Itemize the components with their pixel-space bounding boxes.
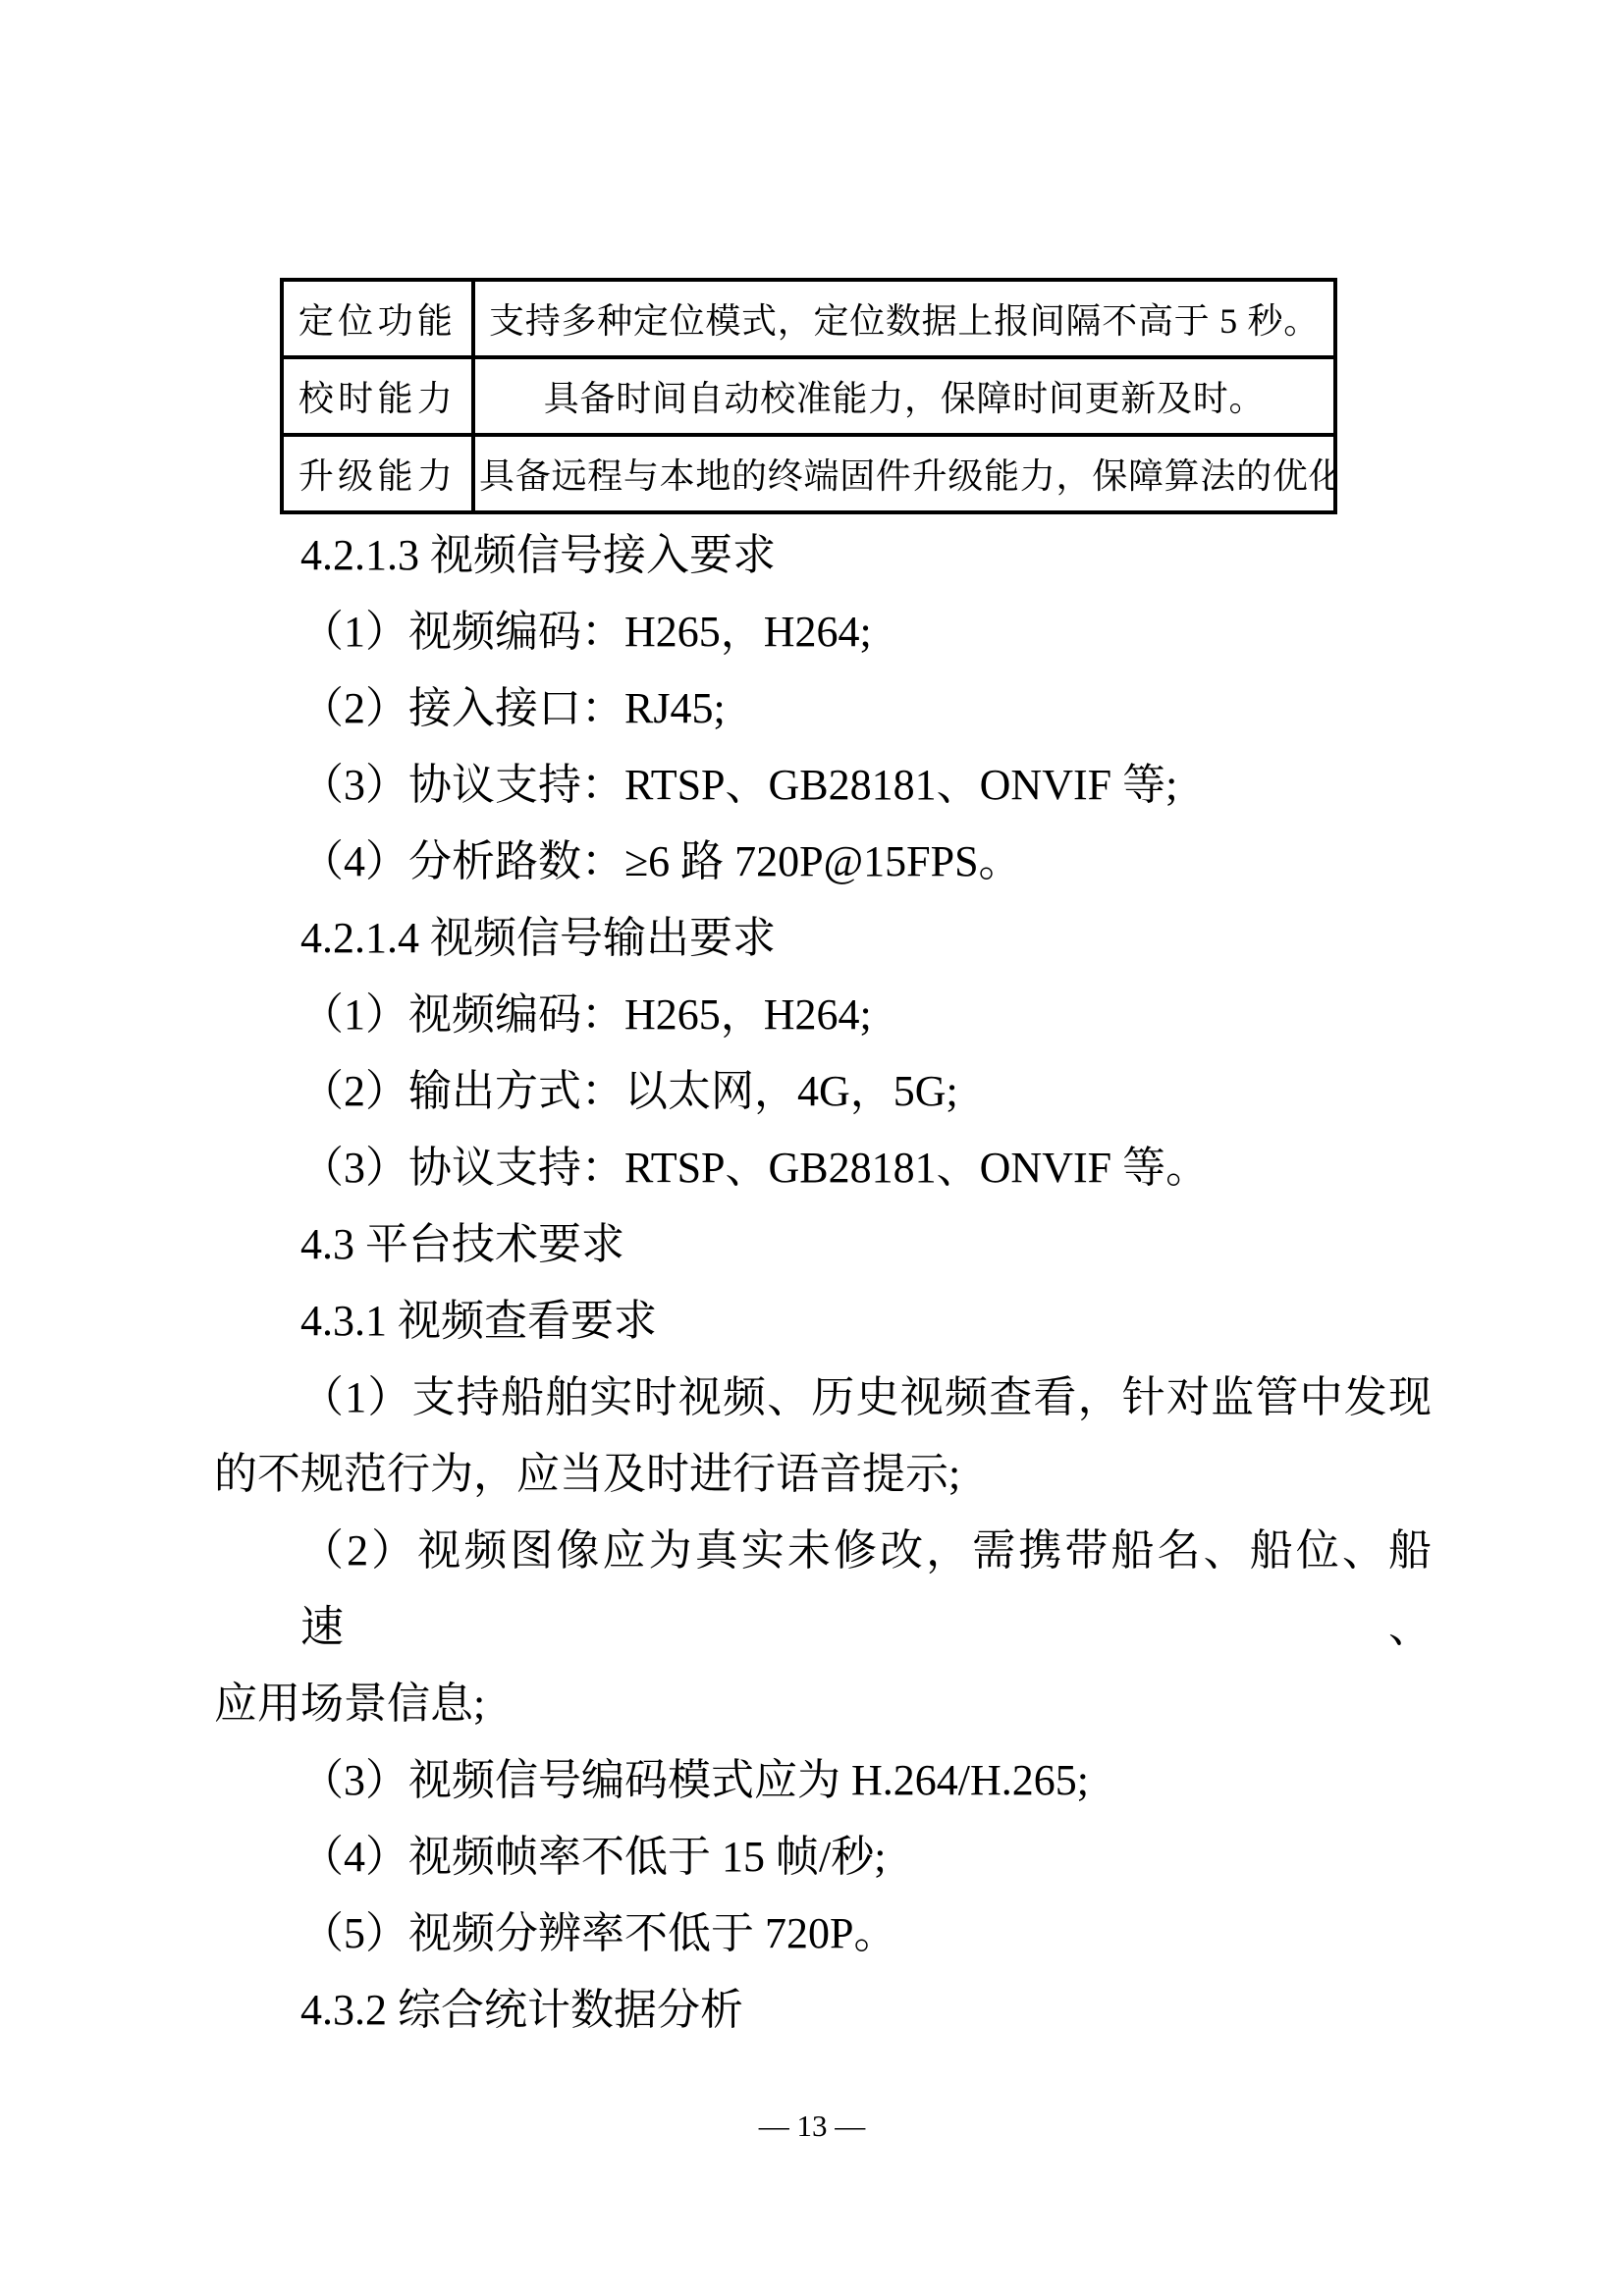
list-item-video-encoding-in: （1）视频编码：H265，H264; bbox=[214, 594, 1432, 670]
table-cell-content-time-calibration: 具备时间自动校准能力，保障时间更新及时。 bbox=[473, 357, 1335, 435]
page-footer: — 13 — bbox=[0, 2107, 1624, 2146]
table-row-positioning: 定位功能 支持多种定位模式，定位数据上报间隔不高于 5 秒。 bbox=[282, 280, 1335, 357]
document-page: 定位功能 支持多种定位模式，定位数据上报间隔不高于 5 秒。 校时能力 具备时间… bbox=[0, 0, 1624, 2296]
table-row-upgrade: 升级能力 具备远程与本地的终端固件升级能力，保障算法的优化。 bbox=[282, 435, 1335, 512]
list-item-output-mode: （2）输出方式：以太网，4G，5G; bbox=[214, 1053, 1432, 1130]
list-item-resolution: （5）视频分辨率不低于 720P。 bbox=[214, 1896, 1432, 1972]
table-row-time-calibration: 校时能力 具备时间自动校准能力，保障时间更新及时。 bbox=[282, 357, 1335, 435]
paragraph-video-image-line-2: 应用场景信息; bbox=[214, 1666, 1432, 1742]
section-heading-4-3: 4.3 平台技术要求 bbox=[214, 1206, 1432, 1283]
section-heading-4-3-2: 4.3.2 综合统计数据分析 bbox=[214, 1972, 1432, 2049]
paragraph-realtime-video-line-1: （1）支持船舶实时视频、历史视频查看，针对监管中发现 bbox=[214, 1360, 1432, 1436]
document-body: 4.2.1.3 视频信号接入要求 （1）视频编码：H265，H264; （2）接… bbox=[214, 517, 1432, 2049]
table-cell-content-upgrade: 具备远程与本地的终端固件升级能力，保障算法的优化。 bbox=[473, 435, 1335, 512]
list-item-protocol-support-in: （3）协议支持：RTSP、GB28181、ONVIF 等; bbox=[214, 747, 1432, 824]
spec-table: 定位功能 支持多种定位模式，定位数据上报间隔不高于 5 秒。 校时能力 具备时间… bbox=[280, 278, 1337, 514]
list-item-analysis-channels: （4）分析路数：≥6 路 720P@15FPS。 bbox=[214, 824, 1432, 900]
table-cell-label-upgrade: 升级能力 bbox=[282, 435, 473, 512]
paragraph-realtime-video-line-2: 的不规范行为，应当及时进行语音提示; bbox=[214, 1436, 1432, 1513]
list-item-access-interface: （2）接入接口：RJ45; bbox=[214, 670, 1432, 747]
page-number: — 13 — bbox=[759, 2109, 866, 2143]
table-cell-label-positioning: 定位功能 bbox=[282, 280, 473, 357]
paragraph-video-image-line-1: （2）视频图像应为真实未修改，需携带船名、船位、船速、 bbox=[214, 1513, 1432, 1666]
section-heading-4-2-1-4: 4.2.1.4 视频信号输出要求 bbox=[214, 900, 1432, 977]
list-item-frame-rate: （4）视频帧率不低于 15 帧/秒; bbox=[214, 1819, 1432, 1896]
section-heading-4-3-1: 4.3.1 视频查看要求 bbox=[214, 1283, 1432, 1360]
section-heading-4-2-1-3: 4.2.1.3 视频信号接入要求 bbox=[214, 517, 1432, 594]
list-item-video-encoding-out: （1）视频编码：H265，H264; bbox=[214, 977, 1432, 1053]
table-cell-label-time-calibration: 校时能力 bbox=[282, 357, 473, 435]
list-item-protocol-support-out: （3）协议支持：RTSP、GB28181、ONVIF 等。 bbox=[214, 1130, 1432, 1206]
list-item-encoding-mode: （3）视频信号编码模式应为 H.264/H.265; bbox=[214, 1742, 1432, 1819]
table-cell-content-positioning: 支持多种定位模式，定位数据上报间隔不高于 5 秒。 bbox=[473, 280, 1335, 357]
